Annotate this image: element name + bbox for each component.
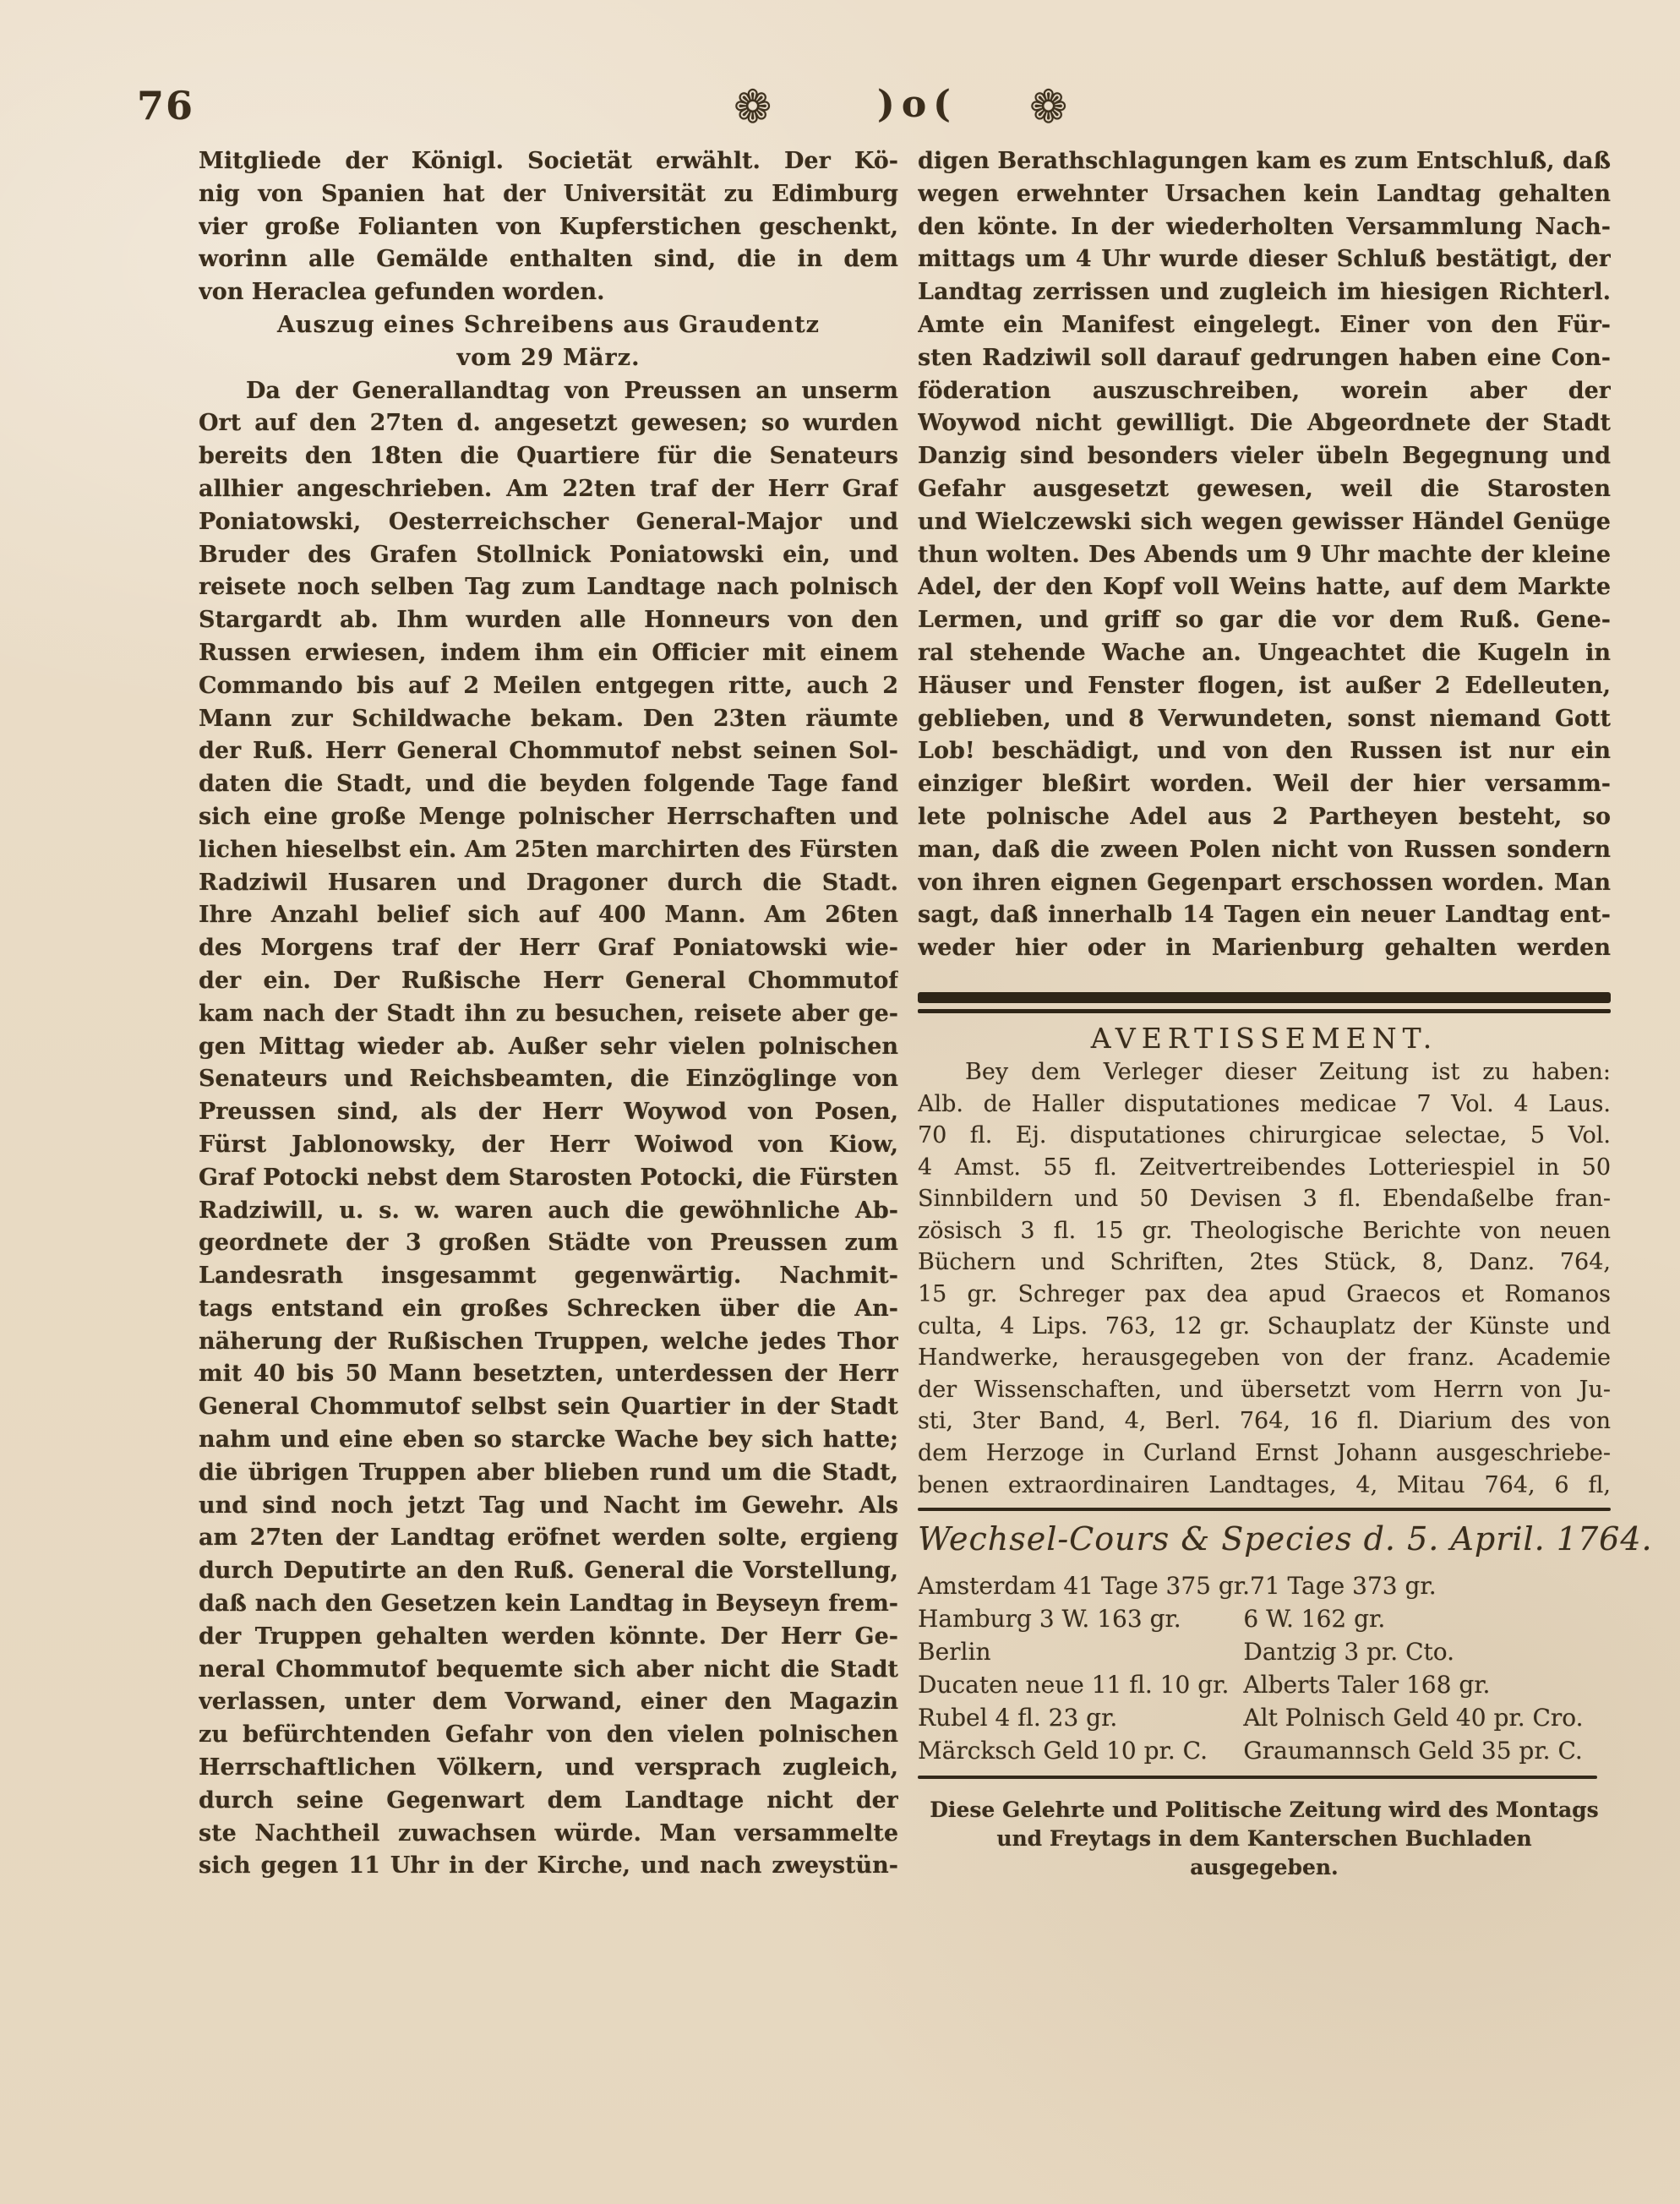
rate-entry-right: 6 W. 162 gr. [1243,1602,1611,1635]
exchange-rate-row: Hamburg 3 W. 163 gr.6 W. 162 gr. [918,1602,1611,1635]
text-line: sagt, daß innerhalb 14 Tagen ein neuer L… [918,899,1611,932]
text-line: Fürst Jablonowsky, der Herr Woiwod von K… [199,1129,898,1162]
text-line: am 27ten der Landtag eröfnet werden solt… [199,1522,898,1555]
text-line: geordnete der 3 großen Städte von Preuss… [199,1227,898,1260]
avertissement-body: Bey dem Verleger dieser Zeitung ist zu h… [918,1056,1611,1501]
exchange-rate-row: Ducaten neue 11 fl. 10 gr.Alberts Taler … [918,1668,1611,1701]
rate-entry-left: Hamburg 3 W. 163 gr. [918,1602,1243,1635]
text-line: der Wissenschaften, und übersetzt vom He… [918,1374,1611,1406]
text-line: 4 Amst. 55 fl. Zeitvertreibendes Lotteri… [918,1152,1611,1184]
fleuron-ornament-right: ❁ [1029,78,1067,137]
text-line: vier große Folianten von Kupferstichen g… [199,211,898,244]
text-line: worinn alle Gemälde enthalten sind, die … [199,243,898,276]
text-line: durch Deputirte an den Ruß. General die … [199,1555,898,1588]
text-line: Mitgliede der Königl. Societät erwählt. … [199,145,898,178]
text-line: verlassen, unter dem Vorwand, einer den … [199,1686,898,1719]
text-line: Adel, der den Kopf voll Weins hatte, auf… [918,571,1611,604]
text-line: zösisch 3 fl. 15 gr. Theologische Berich… [918,1215,1611,1247]
text-line: Poniatowski, Oesterreichscher General-Ma… [199,506,898,539]
text-line: ste Nachtheil zuwachsen würde. Man versa… [199,1818,898,1851]
text-line: Bruder des Grafen Stollnick Poniatowski … [199,539,898,572]
exchange-rate-row: Märcksch Geld 10 pr. C.Graumannsch Geld … [918,1734,1611,1767]
text-line: und Freytags in dem Kanterschen Buchlade… [918,1825,1611,1853]
text-line: Alb. de Haller disputationes medicae 7 V… [918,1088,1611,1121]
text-line: den könte. In der wiederholten Versammlu… [918,211,1611,244]
fleuron-ornament-left: ❁ [734,78,772,137]
rate-entry-left: Märcksch Geld 10 pr. C. [918,1734,1243,1767]
exchange-rates-heading: Wechsel-Cours & Species d. 5. April. 176… [918,1517,1611,1561]
text-line: Radziwill, u. s. w. waren auch die gewöh… [199,1195,898,1228]
text-line: Ihre Anzahl belief sich auf 400 Mann. Am… [199,899,898,932]
newspaper-page: 76 ❁ )o( ❁ Mitgliede der Königl. Societä… [0,0,1680,2204]
text-line: neral Chommutof bequemte sich aber nicht… [199,1654,898,1687]
left-column: Mitgliede der Königl. Societät erwählt. … [199,145,898,1883]
text-line: Senateurs und Reichsbeamten, die Einzögl… [199,1063,898,1096]
text-line: General Chommutof selbst sein Quartier i… [199,1391,898,1424]
text-line: daten die Stadt, und die beyden folgende… [199,768,898,801]
text-line: daß nach den Gesetzen kein Landtag in Be… [199,1588,898,1621]
double-rule [918,992,1611,1013]
thick-rule-bar [918,992,1611,1003]
exchange-rate-row: Amsterdam 41 Tage 375 gr.71 Tage 373 gr. [918,1569,1611,1602]
text-line: und Wielczewski sich wegen gewisser Händ… [918,506,1611,539]
article-body-left: Da der Generallandtag von Preussen an un… [199,375,898,1884]
text-line: Radziwil Husaren und Dragoner durch die … [199,867,898,900]
exchange-rate-row: BerlinDantzig 3 pr. Cto. [918,1635,1611,1668]
text-line: nig von Spanien hat der Universität zu E… [199,178,898,211]
text-line: von Heraclea gefunden worden. [199,276,898,309]
separator-rule-bottom [918,1776,1597,1779]
text-line: ausgegeben. [918,1853,1611,1882]
text-line: des Morgens traf der Herr Graf Poniatows… [199,932,898,965]
rate-entry-left: Berlin [918,1635,1243,1668]
text-line: 70 fl. Ej. disputationes chirurgicae sel… [918,1120,1611,1152]
exchange-rates-table: Amsterdam 41 Tage 375 gr.71 Tage 373 gr.… [918,1569,1611,1767]
text-line: kam nach der Stadt ihn zu besuchen, reis… [199,998,898,1031]
article-body-right: digen Berathschlagungen kam es zum Entsc… [918,145,1611,965]
text-line: Handwerke, herausgegeben von der franz. … [918,1342,1611,1374]
text-line: sti, 3ter Band, 4, Berl. 764, 16 fl. Dia… [918,1405,1611,1438]
text-line: thun wolten. Des Abends um 9 Uhr machte … [918,539,1611,572]
text-line: Lermen, und griff so gar die vor dem Ruß… [918,604,1611,637]
text-line: Commando bis auf 2 Meilen entgegen ritte… [199,670,898,703]
text-line: sich gegen 11 Uhr in der Kirche, und nac… [199,1850,898,1883]
text-line: der Truppen gehalten werden könnte. Der … [199,1621,898,1654]
avertissement-title: AVERTISSEMENT. [918,1021,1611,1056]
text-line: digen Berathschlagungen kam es zum Entsc… [918,145,1611,178]
section-divider-mark: )o( [877,83,957,126]
text-line: näherung der Rußischen Truppen, welche j… [199,1326,898,1359]
publication-note: Diese Gelehrte und Politische Zeitung wi… [918,1796,1611,1882]
text-line: dem Herzoge in Curland Ernst Johann ausg… [918,1438,1611,1470]
exchange-rate-row: Rubel 4 fl. 23 gr.Alt Polnisch Geld 40 p… [918,1701,1611,1734]
text-line: Sinnbildern und 50 Devisen 3 fl. Ebendaß… [918,1183,1611,1215]
rate-entry-left: Rubel 4 fl. 23 gr. [918,1701,1243,1734]
text-line: Ort auf den 27ten d. angesetzt gewesen; … [199,407,898,440]
text-line: der Ruß. Herr General Chommutof nebst se… [199,735,898,768]
text-line: und sind noch jetzt Tag und Nacht im Gew… [199,1490,898,1523]
page-number: 76 [137,83,194,128]
text-line: sich eine große Menge polnischer Herrsch… [199,801,898,834]
separator-rule-top [918,1508,1611,1511]
article-dateline: vom 29 März. [199,342,898,375]
article-heading: Auszug eines Schreibens aus Graudentz [199,309,898,342]
text-line: culta, 4 Lips. 763, 12 gr. Schauplatz de… [918,1311,1611,1343]
text-line: Da der Generallandtag von Preussen an un… [199,375,898,408]
text-line: Häuser und Fenster flogen, ist außer 2 E… [918,670,1611,703]
text-line: Lob! beschädigt, und von den Russen ist … [918,735,1611,768]
text-line: Herrschaftlichen Völkern, und versprach … [199,1752,898,1785]
text-line: Danzig sind besonders vieler übeln Begeg… [918,440,1611,473]
text-line: Landesrath insgesammt gegenwärtig. Nachm… [199,1260,898,1293]
text-line: tags entstand ein großes Schrecken über … [199,1293,898,1326]
text-line: Bey dem Verleger dieser Zeitung ist zu h… [918,1056,1611,1088]
text-line: zu befürchtenden Gefahr von den vielen p… [199,1719,898,1752]
text-line: weder hier oder in Marienburg gehalten w… [918,932,1611,965]
text-line: Stargardt ab. Ihm wurden alle Honneurs v… [199,604,898,637]
text-line: geblieben, und 8 Verwundeten, sonst niem… [918,703,1611,736]
text-line: Preussen sind, als der Herr Woywod von P… [199,1096,898,1129]
text-line: reisete noch selben Tag zum Landtage nac… [199,571,898,604]
text-line: bereits den 18ten die Quartiere für die … [199,440,898,473]
rate-entry-left: Amsterdam 41 Tage 375 gr. [918,1569,1250,1602]
text-line: Graf Potocki nebst dem Starosten Potocki… [199,1162,898,1195]
rate-entry-left: Ducaten neue 11 fl. 10 gr. [918,1668,1243,1701]
rate-entry-right: Alberts Taler 168 gr. [1243,1668,1611,1701]
text-line: von ihren eignen Gegenpart erschossen wo… [918,867,1611,900]
text-line: allhier angeschrieben. Am 22ten traf der… [199,473,898,506]
text-line: sten Radziwil soll darauf gedrungen habe… [918,342,1611,375]
text-line: föderation auszuschreiben, worein aber d… [918,375,1611,408]
text-line: durch seine Gegenwart dem Landtage nicht… [199,1785,898,1818]
text-line: die übrigen Truppen aber blieben rund um… [199,1457,898,1490]
text-line: mit 40 bis 50 Mann besetzten, unterdesse… [199,1358,898,1391]
rate-entry-right: Dantzig 3 pr. Cto. [1243,1635,1611,1668]
thin-rule-bar [918,1009,1611,1013]
rate-entry-right: Graumannsch Geld 35 pr. C. [1243,1734,1611,1767]
text-line: einziger bleßirt worden. Weil der hier v… [918,768,1611,801]
text-line: mittags um 4 Uhr wurde dieser Schluß bes… [918,243,1611,276]
text-line: Büchern und Schriften, 2tes Stück, 8, Da… [918,1247,1611,1279]
text-line: Amte ein Manifest eingelegt. Einer von d… [918,309,1611,342]
text-line: lete polnische Adel aus 2 Partheyen best… [918,801,1611,834]
text-line: Russen erwiesen, indem ihm ein Officier … [199,637,898,670]
text-line: lichen hieselbst ein. Am 25ten marchirte… [199,834,898,867]
text-line: man, daß die zween Polen nicht von Russe… [918,834,1611,867]
text-line: Mann zur Schildwache bekam. Den 23ten rä… [199,703,898,736]
text-line: Landtag zerrissen und zugleich im hiesig… [918,276,1611,309]
text-line: der ein. Der Rußische Herr General Chomm… [199,965,898,998]
right-column: digen Berathschlagungen kam es zum Entsc… [918,145,1611,1882]
text-line: ral stehende Wache an. Ungeachtet die Ku… [918,637,1611,670]
text-line: wegen erwehnter Ursachen kein Landtag ge… [918,178,1611,211]
text-line: nahm und eine eben so starcke Wache bey … [199,1424,898,1457]
text-line: 15 gr. Schreger pax dea apud Graecos et … [918,1279,1611,1311]
continuation-paragraph: Mitgliede der Königl. Societät erwählt. … [199,145,898,309]
text-line: benen extraordinairen Landtages, 4, Mita… [918,1470,1611,1502]
text-line: Gefahr ausgesetzt gewesen, weil die Star… [918,473,1611,506]
rate-entry-right: 71 Tage 373 gr. [1250,1569,1611,1602]
text-line: gen Mittag wieder ab. Außer sehr vielen … [199,1031,898,1064]
text-line: Woywod nicht gewilligt. Die Abgeordnete … [918,407,1611,440]
rate-entry-right: Alt Polnisch Geld 40 pr. Cro. [1243,1701,1611,1734]
text-line: Diese Gelehrte und Politische Zeitung wi… [918,1796,1611,1825]
